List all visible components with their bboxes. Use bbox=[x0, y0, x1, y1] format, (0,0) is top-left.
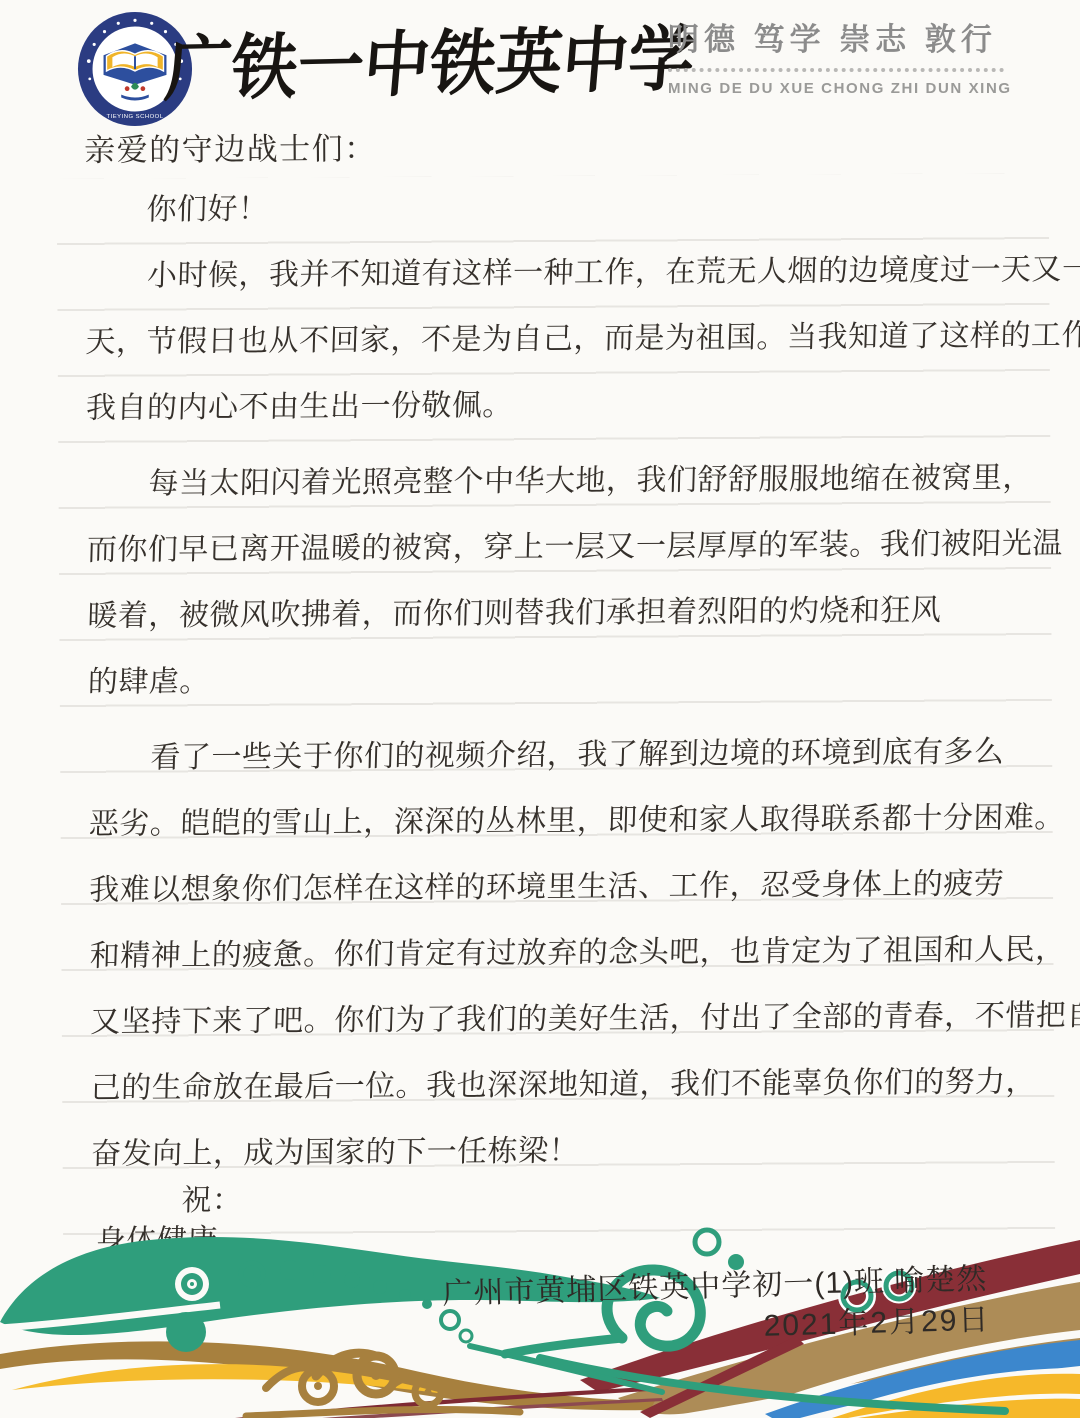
letter-line: 和精神上的疲惫。你们肯定有过放弃的念头吧，也肯定为了祖国和人民， bbox=[75, 917, 1057, 990]
letter-line: 暖着，被微风吹拂着，而你们则替我们承担着烈阳的灼烧和狂风 bbox=[72, 577, 1054, 650]
letter-line: 恶劣。皑皑的雪山上，深深的丛林里，即使和家人取得联系都十分困难。 bbox=[74, 785, 1056, 858]
letter-line: 的肆虐。 bbox=[73, 643, 1055, 716]
motto-block: 明德 笃学 崇志 敦行 MING DE DU XUE CHONG ZHI DUN… bbox=[668, 14, 1004, 97]
letter-line: 每当太阳闪着光照亮整个中华大地，我们舒舒服服地缩在被窝里， bbox=[72, 445, 1054, 518]
letter-line: 天，节假日也从不回家，不是为自己，而是为祖国。当我知道了这样的工作， bbox=[71, 303, 1053, 376]
letter-line: 我自的内心不由生出一份敬佩。 bbox=[71, 369, 1053, 442]
letter-line: 你们好！ bbox=[70, 171, 1052, 244]
letter-line: 看了一些关于你们的视频介绍，我了解到边境的环境到底有多么 bbox=[73, 719, 1055, 792]
letter-body: 亲爱的守边战士们： 你们好！小时候，我并不知道有这样一种工作，在荒无人烟的边境度… bbox=[70, 123, 1058, 1262]
letter-line: 己的生命放在最后一位。我也深深地知道，我们不能辜负你们的努力， bbox=[76, 1049, 1058, 1122]
letter-line: 而你们早已离开温暖的被窝，穿上一层又一层厚厚的军装。我们被阳光温 bbox=[72, 511, 1054, 584]
letter-body-lines: 你们好！小时候，我并不知道有这样一种工作，在荒无人烟的边境度过一天又一天，节假日… bbox=[70, 171, 1057, 1188]
motto-pinyin: MING DE DU XUE CHONG ZHI DUN XING bbox=[668, 80, 1004, 97]
letter-line: 又坚持下来了吧。你们为了我们的美好生活，付出了全部的青春，不惜把自 bbox=[75, 983, 1057, 1056]
motto-chinese: 明德 笃学 崇志 敦行 bbox=[668, 14, 1004, 59]
letterhead: TIEYING SCHOOL 广铁一中铁英中学 明德 笃学 崇志 敦行 MING… bbox=[0, 0, 1080, 135]
svg-text:TIEYING SCHOOL: TIEYING SCHOOL bbox=[107, 114, 164, 120]
motto-divider bbox=[668, 68, 1004, 72]
letter-line: 小时候，我并不知道有这样一种工作，在荒无人烟的边境度过一天又一 bbox=[70, 237, 1052, 310]
letter-line: 我难以想象你们怎样在这样的环境里生活、工作，忍受身体上的疲劳 bbox=[74, 851, 1056, 924]
school-name: 广铁一中铁英中学 bbox=[162, 3, 632, 115]
closing-wish-label: 祝： bbox=[77, 1175, 1058, 1222]
